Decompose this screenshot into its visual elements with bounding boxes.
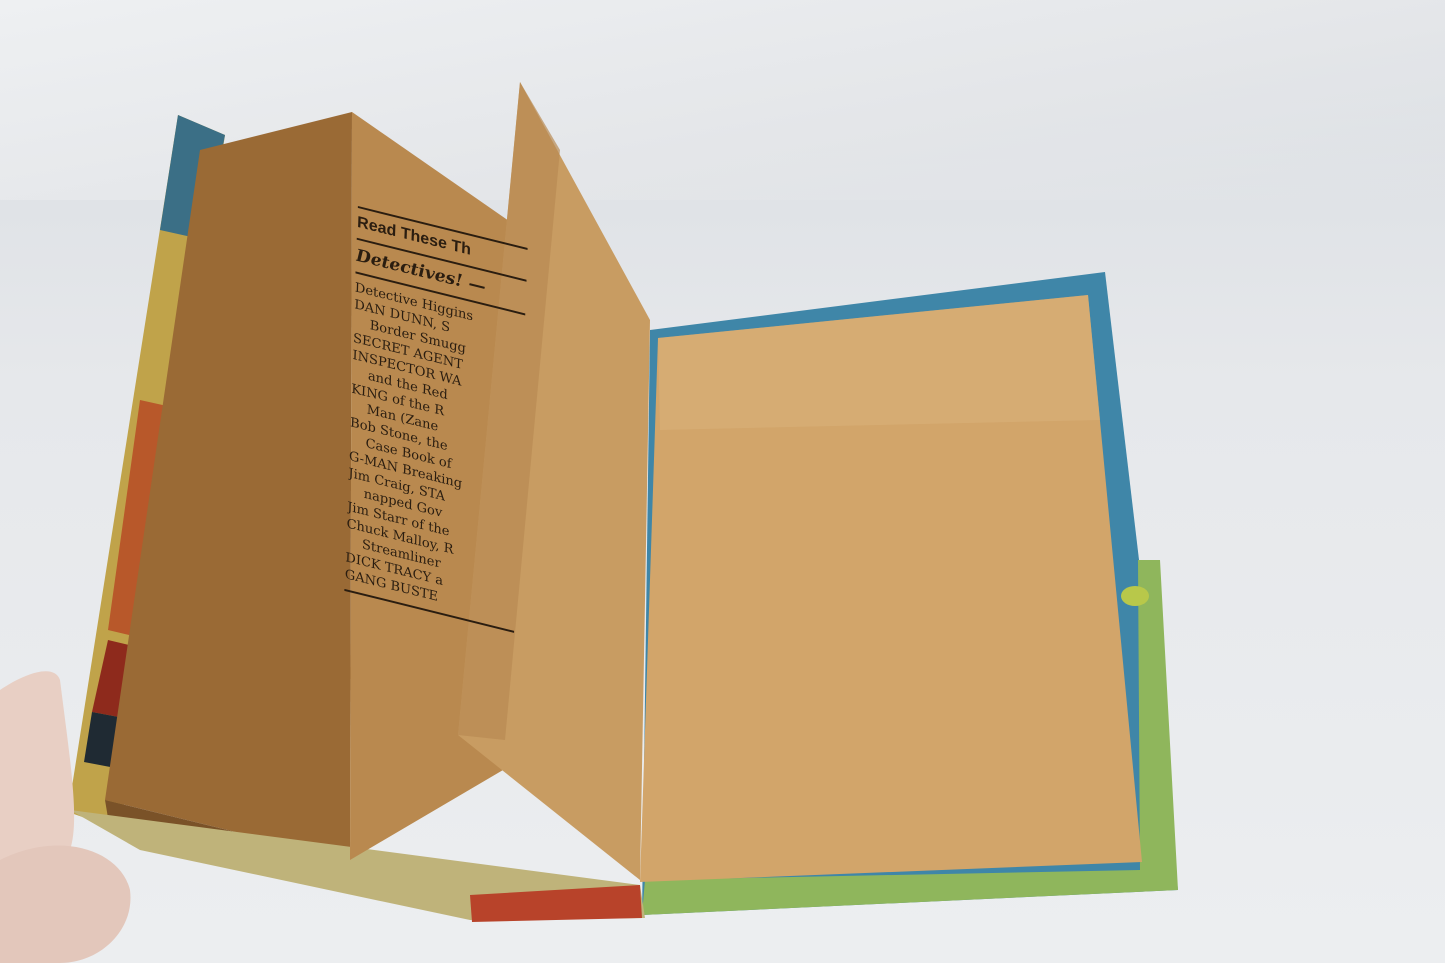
- cover-bush: [1121, 586, 1149, 606]
- finger-lower: [0, 846, 130, 963]
- left-page-text: Read These Th Detectives! — Detective Hi…: [340, 200, 528, 758]
- book-photo: [0, 0, 1445, 963]
